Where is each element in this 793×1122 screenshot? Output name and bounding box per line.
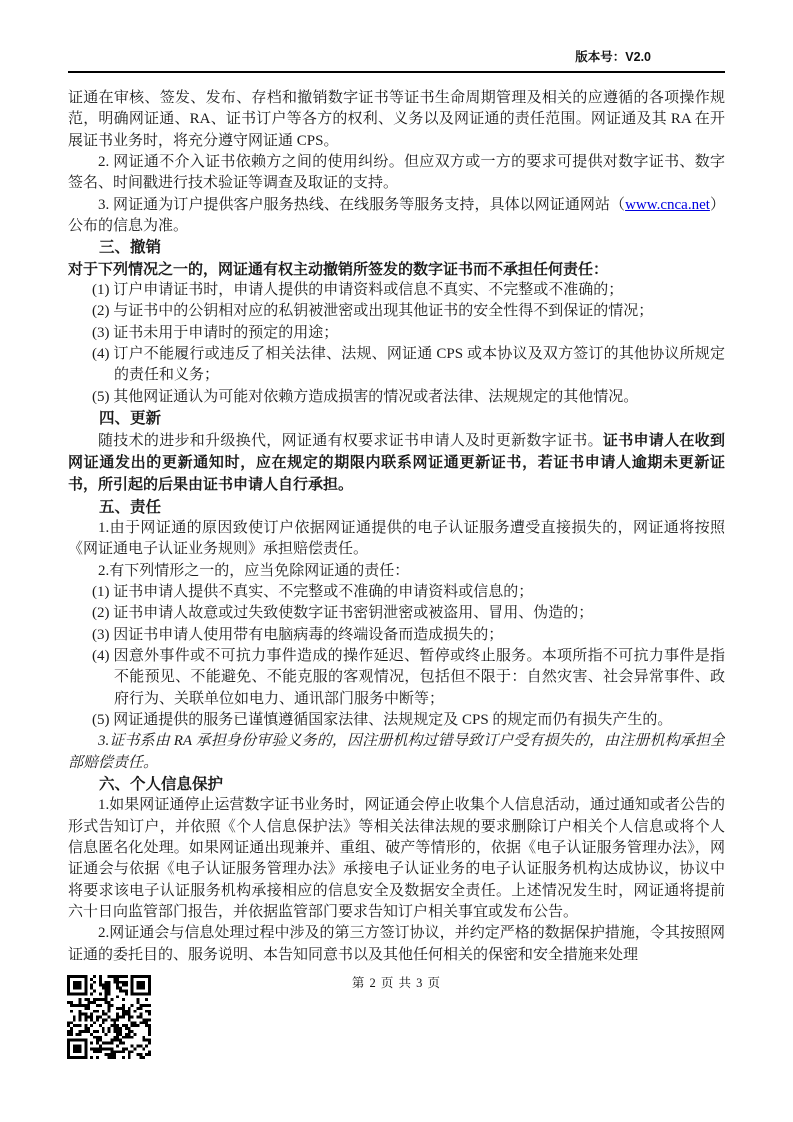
section-update-heading: 四、更新 [68, 408, 725, 429]
section-privacy-heading: 六、个人信息保护 [68, 774, 725, 795]
liability-exemption-list: (1) 证书申请人提供不真实、不完整或不准确的申请资料或信息的； (2) 证书申… [68, 582, 725, 731]
list-item: (4) 订户不能履行或违反了相关法律、法规、网证通 CPS 或本协议及双方签订的… [68, 344, 725, 387]
header-rule [68, 71, 725, 73]
list-item: (1) 订户申请证书时，申请人提供的申请资料或信息不真实、不完整或不准确的； [68, 280, 725, 301]
liability-paragraph-3: 3.证书系由 RA 承担身份审验义务的，因注册机构过错导致订户受有损失的，由注册… [68, 731, 725, 774]
list-item: (4) 因意外事件或不可抗力事件造成的操作延迟、暂停或终止服务。本项所指不可抗力… [68, 646, 725, 710]
privacy-paragraph-1: 1.如果网证通停止运营数字证书业务时，网证通会停止收集个人信息活动，通过通知或者… [68, 795, 725, 923]
privacy-paragraph-2: 2.网证通会与信息处理过程中涉及的第三方签订协议，并约定严格的数据保护措施，令其… [68, 923, 725, 966]
paragraph-item-2: 2. 网证通不介入证书依赖方之间的使用纠纷。但应双方或一方的要求可提供对数字证书… [68, 152, 725, 195]
section-revocation-heading: 三、撤销 [68, 237, 725, 258]
page-header: 版本号：V2.0 [68, 48, 725, 73]
version-label: 版本号：V2.0 [68, 48, 725, 66]
document-page: 版本号：V2.0 证通在审核、签发、发布、存档和撤销数字证书等证书生命周期管理及… [0, 0, 793, 1122]
cnca-website-link[interactable]: www.cnca.net [625, 197, 710, 213]
section-liability-heading: 五、责任 [68, 497, 725, 518]
list-item: (2) 证书申请人故意或过失致使数字证书密钥泄密或被盗用、冒用、伪造的； [68, 603, 725, 624]
list-item: (5) 其他网证通认为可能对依赖方造成损害的情况或者法律、法规规定的其他情况。 [68, 387, 725, 408]
revocation-list: (1) 订户申请证书时，申请人提供的申请资料或信息不真实、不完整或不准确的； (… [68, 280, 725, 408]
liability-paragraph-1: 1.由于网证通的原因致使订户依据网证通提供的电子认证服务遭受直接损失的，网证通将… [68, 518, 725, 561]
list-item: (3) 证书未用于申请时的预定的用途； [68, 323, 725, 344]
update-paragraph: 随技术的进步和升级换代，网证通有权要求证书申请人及时更新数字证书。证书申请人在收… [68, 430, 725, 497]
item-3-text-before: 3. 网证通为订户提供客户服务热线、在线服务等服务支持，具体以网证通网站（ [98, 197, 625, 213]
list-item: (2) 与证书中的公钥相对应的私钥被泄密或出现其他证书的安全性得不到保证的情况； [68, 301, 725, 322]
liability-paragraph-2-lead: 2.有下列情形之一的，应当免除网证通的责任： [68, 561, 725, 582]
page-number: 第 2 页 共 3 页 [0, 974, 793, 992]
list-item: (1) 证书申请人提供不真实、不完整或不准确的申请资料或信息的； [68, 582, 725, 603]
list-item: (3) 因证书申请人使用带有电脑病毒的终端设备而造成损失的； [68, 625, 725, 646]
paragraph-item-3: 3. 网证通为订户提供客户服务热线、在线服务等服务支持，具体以网证通网站（www… [68, 195, 725, 238]
revocation-lead: 对于下列情况之一的，网证通有权主动撤销所签发的数字证书而不承担任何责任： [68, 259, 725, 280]
document-body: 证通在审核、签发、发布、存档和撤销数字证书等证书生命周期管理及相关的应遵循的各项… [68, 88, 725, 970]
list-item: (5) 网证通提供的服务已谨慎遵循国家法律、法规规定及 CPS 的规定而仍有损失… [68, 710, 725, 731]
paragraph-carryover: 证通在审核、签发、发布、存档和撤销数字证书等证书生命周期管理及相关的应遵循的各项… [68, 88, 725, 152]
update-text-normal: 随技术的进步和升级换代，网证通有权要求证书申请人及时更新数字证书。 [98, 433, 603, 449]
